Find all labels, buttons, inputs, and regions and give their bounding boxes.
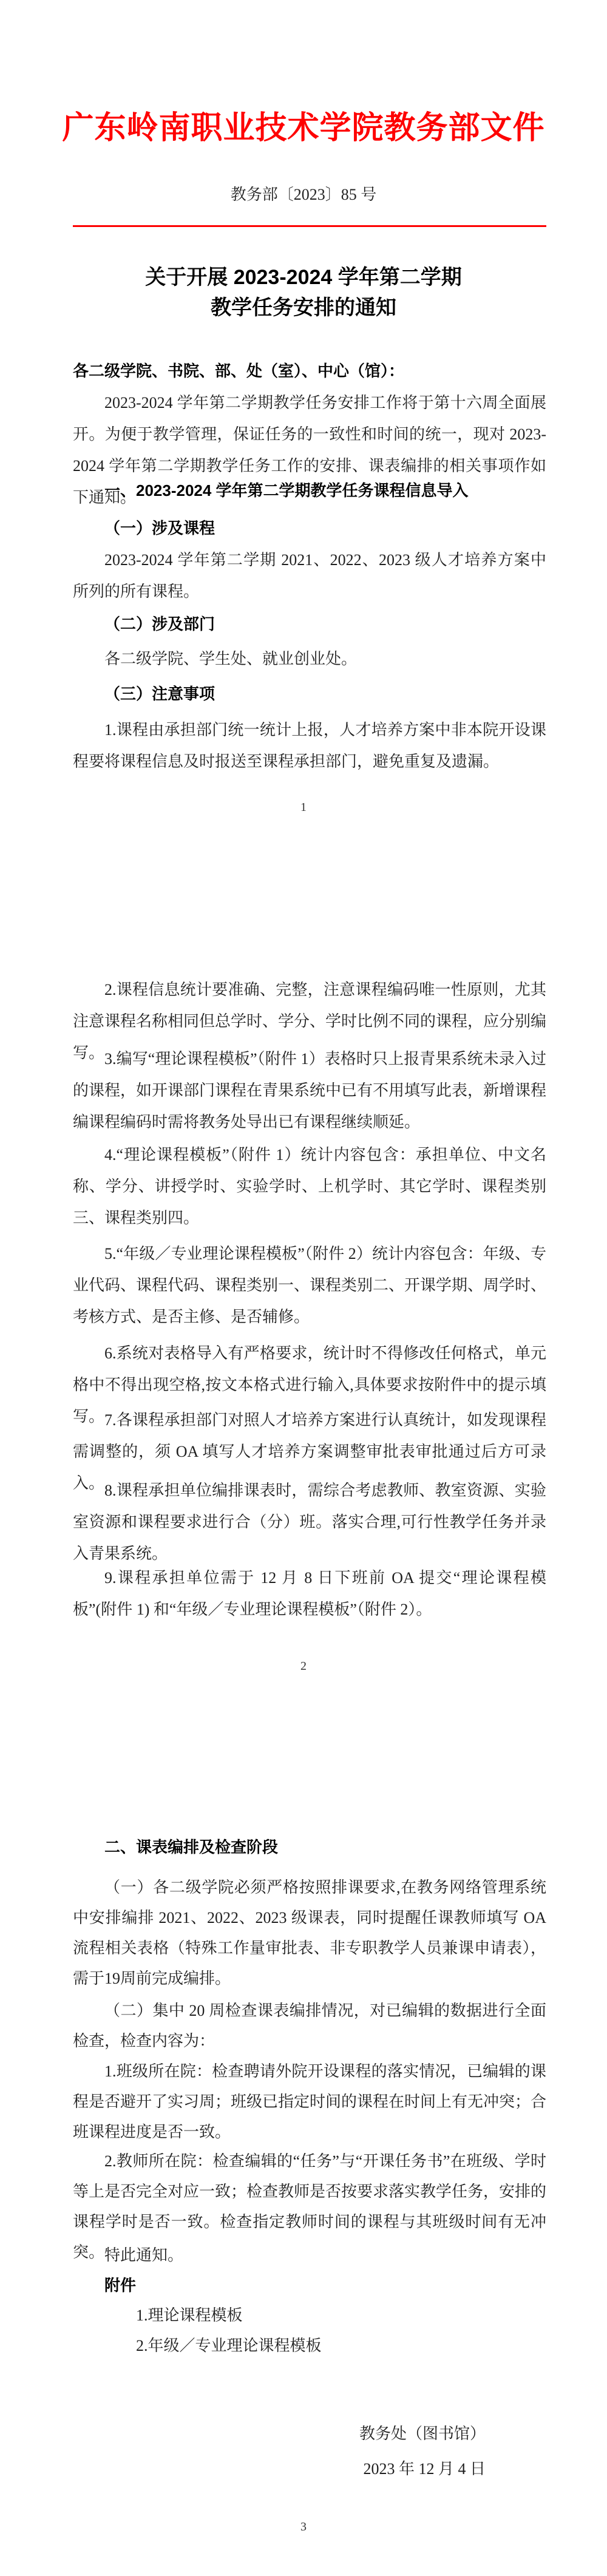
- signature-org: 教务处（图书馆）: [73, 2419, 486, 2449]
- attachment-item-1: 1.理论课程模板: [73, 2300, 546, 2331]
- note-item-1: 1.课程由承担部门统一统计上报，人才培养方案中非本院开设课程要将课程信息及时报送…: [73, 714, 546, 778]
- org-title: 广东岭南职业技术学院教务部文件: [0, 110, 607, 147]
- notice-title: 关于开展 2023-2024 学年第二学期 教学任务安排的通知: [0, 262, 607, 323]
- section2-item-2: （二）集中 20 周检查课表编排情况，对已编辑的数据进行全面检查，检查内容为：: [73, 1996, 546, 2056]
- note-item-3: 3.编写“理论课程模板”（附件 1）表格时只上报青果系统未录入过的课程，如开课部…: [73, 1043, 546, 1138]
- section1-sub2-body: 各二级学院、学生处、就业创业处。: [73, 643, 546, 675]
- salutation: 各二级学院、书院、部、处（室）、中心（馆）：: [73, 355, 546, 387]
- note-item-5: 5.“年级／专业理论课程模板”（附件 2）统计内容包含：年级、专业代码、课程代码…: [73, 1238, 546, 1333]
- section1-heading: 一、2023-2024 学年第二学期教学任务课程信息导入: [73, 475, 546, 506]
- doc-number: 教务部〔2023〕85 号: [0, 183, 607, 207]
- section1-sub3-heading: （三）注意事项: [73, 678, 546, 710]
- note-item-9: 9.课程承担单位需于 12 月 8 日下班前 OA 提交“理论课程模板”(附件 …: [73, 1562, 546, 1625]
- section1-sub1-heading: （一）涉及课程: [73, 512, 546, 544]
- section2-item-1: （一）各二级学院必须严格按照排课要求,在教务网络管理系统中安排编排 2021、2…: [73, 1873, 546, 1994]
- page-number-1: 1: [0, 798, 607, 816]
- page-number-2: 2: [0, 1657, 607, 1675]
- closing-line: 特此通知。: [73, 2240, 546, 2271]
- section2-heading: 二、课表编排及检查阶段: [73, 1832, 546, 1862]
- red-separator-line: [73, 225, 546, 227]
- section1-sub2-heading: （二）涉及部门: [73, 608, 546, 640]
- attachments-label: 附件: [73, 2270, 546, 2300]
- note-item-8: 8.课程承担单位编排课表时，需综合考虑教师、教室资源、实验室资源和课程要求进行合…: [73, 1475, 546, 1570]
- note-item-4: 4.“理论课程模板”（附件 1）统计内容包含：承担单位、中文名称、学分、讲授学时…: [73, 1139, 546, 1234]
- attachment-item-2: 2.年级／专业理论课程模板: [73, 2331, 546, 2361]
- notice-title-line-2: 教学任务安排的通知: [0, 293, 607, 323]
- section1-sub1-body: 2023-2024 学年第二学期 2021、2022、2023 级人才培养方案中…: [73, 544, 546, 608]
- document-page: 广东岭南职业技术学院教务部文件 教务部〔2023〕85 号 关于开展 2023-…: [0, 0, 607, 2576]
- signature-date: 2023 年 12 月 4 日: [73, 2454, 486, 2484]
- notice-title-line-1: 关于开展 2023-2024 学年第二学期: [0, 262, 607, 293]
- check-item-1: 1.班级所在院：检查聘请外院开设课程的落实情况，已编辑的课程是否避开了实习周；班…: [73, 2056, 546, 2147]
- page-number-3: 3: [0, 2518, 607, 2536]
